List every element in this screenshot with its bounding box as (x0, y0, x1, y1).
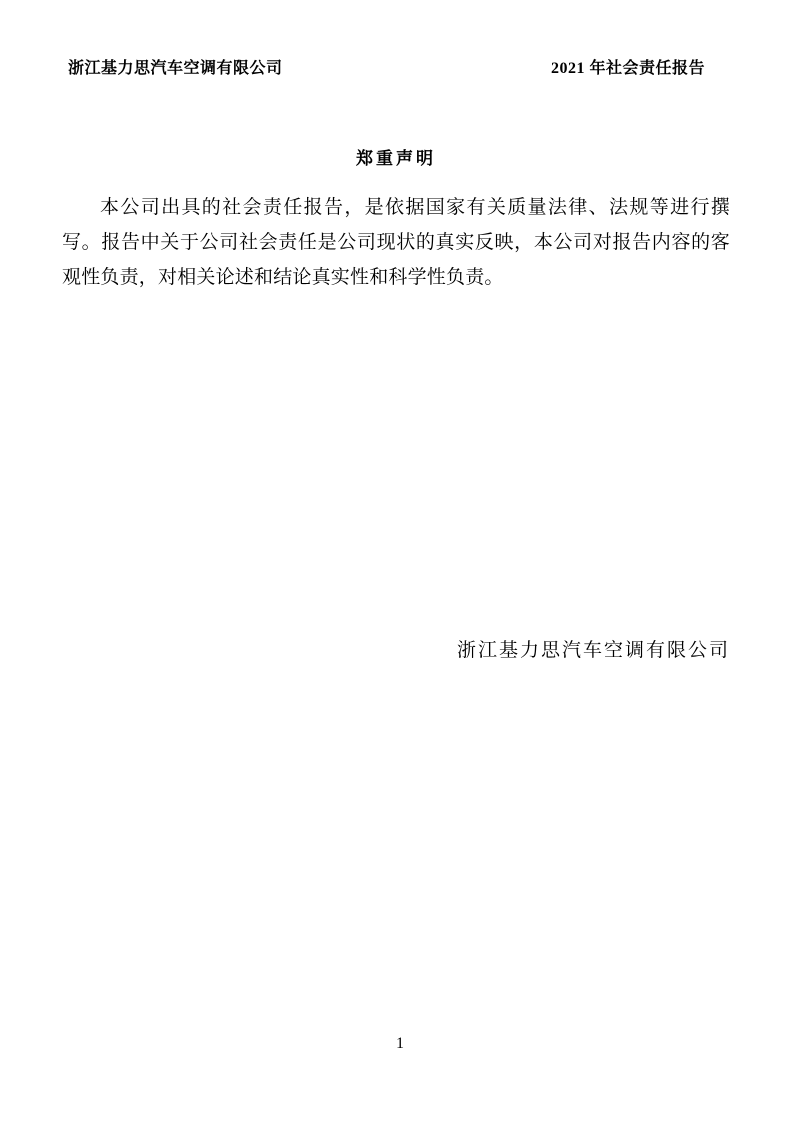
statement-paragraph: 本公司出具的社会责任报告，是依据国家有关质量法律、法规等进行撰写。报告中关于公司… (62, 190, 730, 295)
header-report-title: 2021 年社会责任报告 (551, 58, 705, 80)
page-footer: 1 (0, 1034, 800, 1054)
document-title: 郑重声明 (62, 146, 730, 172)
page-header: 浙江基力思汽车空调有限公司 2021 年社会责任报告 (68, 58, 705, 80)
signature-company-name: 浙江基力思汽车空调有限公司 (62, 636, 730, 666)
header-company-name: 浙江基力思汽车空调有限公司 (68, 58, 283, 80)
page-number: 1 (396, 1035, 404, 1052)
document-page: 浙江基力思汽车空调有限公司 2021 年社会责任报告 郑重声明 本公司出具的社会… (0, 0, 800, 1131)
